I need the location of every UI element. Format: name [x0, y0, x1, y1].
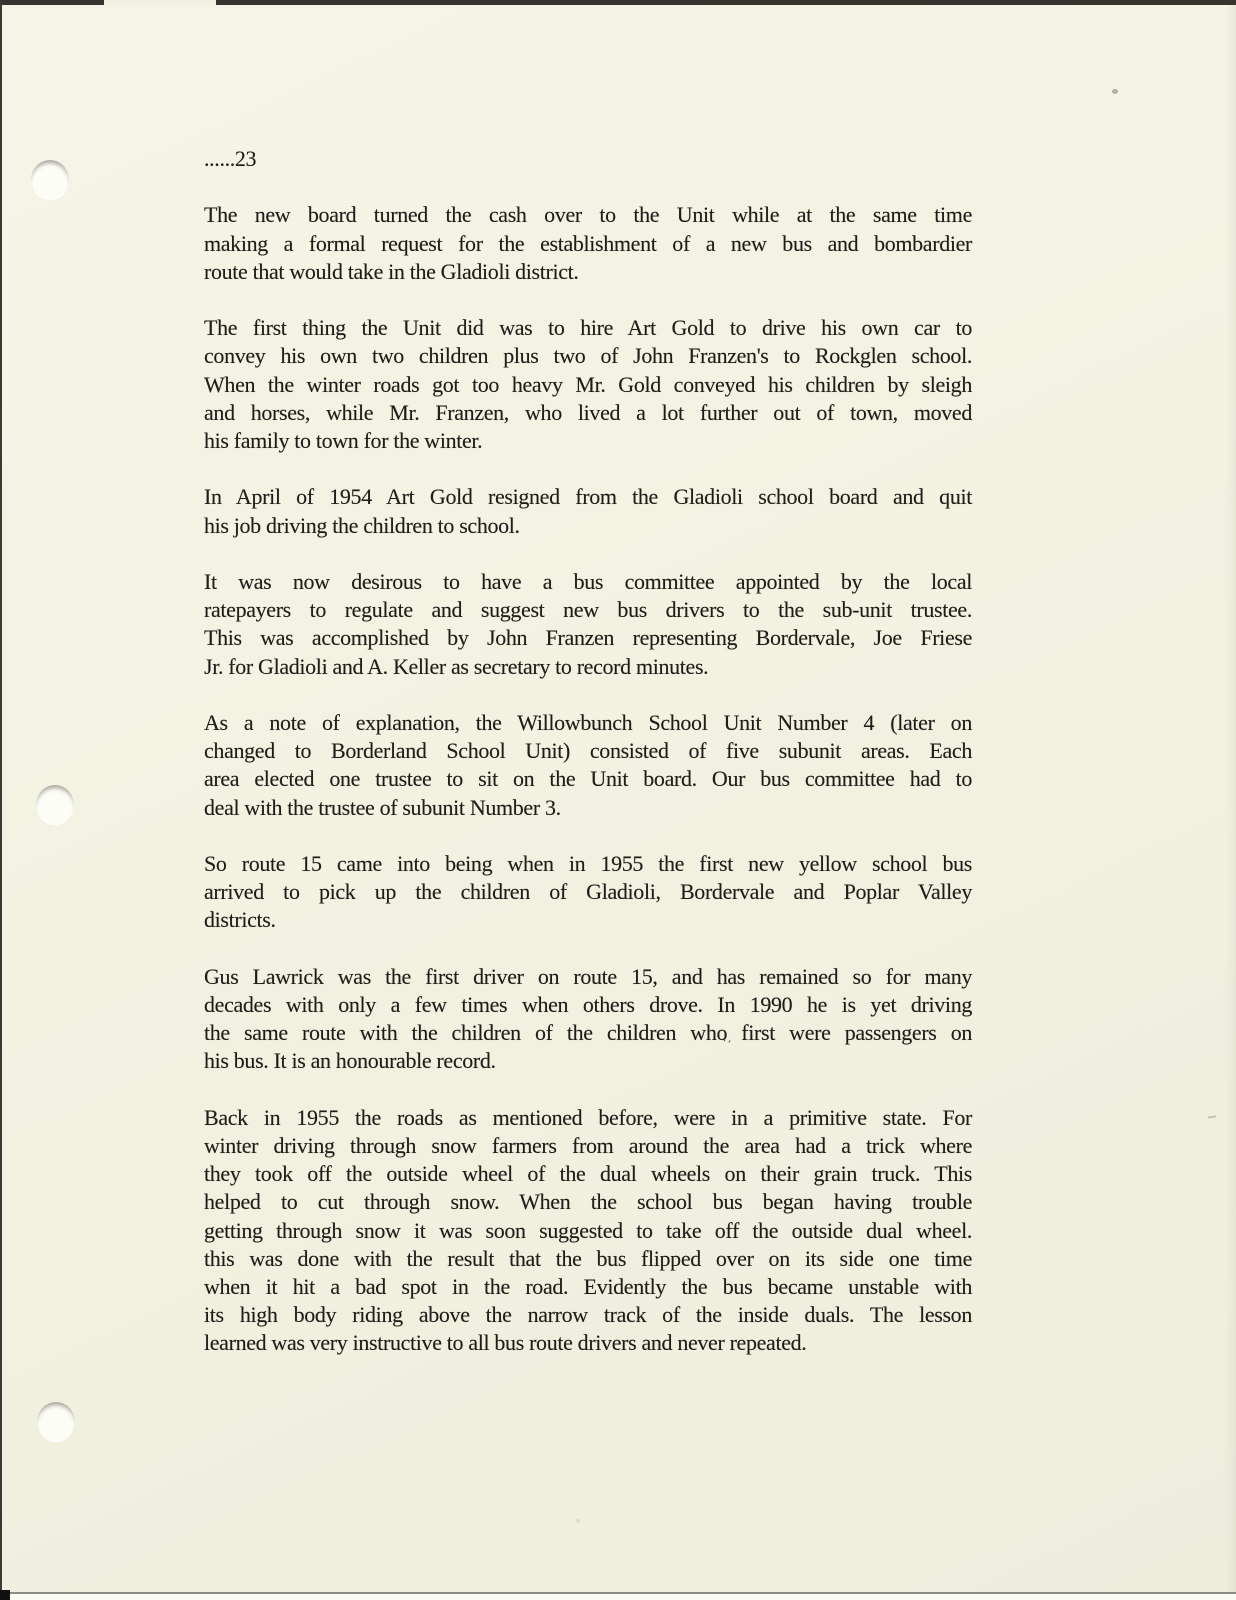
text-line: and horses, while Mr. Franzen, who lived…: [204, 399, 972, 427]
faint-dash-mark: [1208, 1115, 1216, 1118]
punch-hole-bottom: [37, 1402, 75, 1442]
scan-edge-bottom-strip: [0, 1594, 1236, 1600]
text-line: The new board turned the cash over to th…: [204, 201, 972, 229]
text-line: his job driving the children to school.: [204, 512, 972, 540]
text-line: the same route with the children of the …: [204, 1019, 972, 1047]
text-line: This was accomplished by John Franzen re…: [204, 624, 972, 652]
text-line: they took off the outside wheel of the d…: [204, 1160, 972, 1188]
text-line: ratepayers to regulate and suggest new b…: [204, 596, 972, 624]
scan-edge-left: [0, 0, 2, 1600]
faint-speck: [576, 1519, 580, 1523]
text-line: helped to cut through snow. When the sch…: [204, 1188, 972, 1216]
text-line: getting through snow it was soon suggest…: [204, 1217, 972, 1245]
paragraph: It was now desirous to have a bus commit…: [204, 568, 972, 681]
text-line: learned was very instructive to all bus …: [204, 1329, 972, 1357]
text-line: Jr. for Gladioli and A. Keller as secret…: [204, 653, 972, 681]
scan-edge-right-shadow: [1226, 0, 1236, 1600]
paragraph: In April of 1954 Art Gold resigned from …: [204, 483, 972, 539]
scan-edge-top-gap: [104, 0, 216, 5]
paragraph: Gus Lawrick was the first driver on rout…: [204, 963, 972, 1076]
text-line: when it hit a bad spot in the road. Evid…: [204, 1273, 972, 1301]
text-line: its high body riding above the narrow tr…: [204, 1301, 972, 1329]
punch-hole-middle: [36, 785, 74, 825]
text-line: convey his own two children plus two of …: [204, 342, 972, 370]
paragraph: Back in 1955 the roads as mentioned befo…: [204, 1104, 972, 1358]
text-line: districts.: [204, 906, 972, 934]
text-line: winter driving through snow farmers from…: [204, 1132, 972, 1160]
scanned-page: ......23 The new board turned the cash o…: [0, 0, 1236, 1600]
text-line: deal with the trustee of subunit Number …: [204, 794, 972, 822]
paragraph: The new board turned the cash over to th…: [204, 201, 972, 286]
text-line: arrived to pick up the children of Gladi…: [204, 878, 972, 906]
paragraph: The first thing the Unit did was to hire…: [204, 314, 972, 455]
text-line: his family to town for the winter.: [204, 427, 972, 455]
text-line: It was now desirous to have a bus commit…: [204, 568, 972, 596]
text-line: route that would take in the Gladioli di…: [204, 258, 972, 286]
punch-hole-top: [31, 160, 69, 200]
text-line: area elected one trustee to sit on the U…: [204, 765, 972, 793]
text-line: In April of 1954 Art Gold resigned from …: [204, 483, 972, 511]
text-line: When the winter roads got too heavy Mr. …: [204, 371, 972, 399]
dust-speck: [1112, 89, 1118, 94]
document-text-block: ......23 The new board turned the cash o…: [204, 145, 972, 1358]
text-line: decades with only a few times when other…: [204, 991, 972, 1019]
text-line: his bus. It is an honourable record.: [204, 1047, 972, 1075]
paragraph: As a note of explanation, the Willowbunc…: [204, 709, 972, 822]
text-line: making a formal request for the establis…: [204, 230, 972, 258]
text-line: As a note of explanation, the Willowbunc…: [204, 709, 972, 737]
scan-edge-bottom-corner: [0, 1590, 10, 1600]
text-line: Gus Lawrick was the first driver on rout…: [204, 963, 972, 991]
text-line: changed to Borderland School Unit) consi…: [204, 737, 972, 765]
page-number: ......23: [204, 145, 972, 173]
text-line: this was done with the result that the b…: [204, 1245, 972, 1273]
text-line: So route 15 came into being when in 1955…: [204, 850, 972, 878]
paragraph: So route 15 came into being when in 1955…: [204, 850, 972, 935]
text-line: Back in 1955 the roads as mentioned befo…: [204, 1104, 972, 1132]
text-line: The first thing the Unit did was to hire…: [204, 314, 972, 342]
